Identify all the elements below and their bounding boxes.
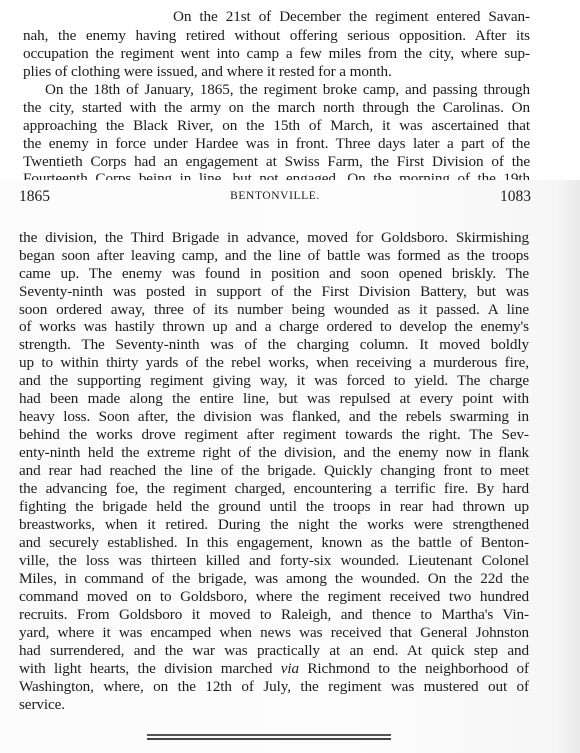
text-line: the enemy in force under Hardee was in f… <box>23 135 530 153</box>
text-line: ville, the loss was thirteen killed and … <box>19 552 529 570</box>
text-line: of works was hastily thrown up and a cha… <box>19 318 529 336</box>
text-line: enty-ninth held the extreme right of the… <box>19 444 529 462</box>
text-line: Miles, in command of the brigade, was am… <box>19 570 529 588</box>
text-line: Twentieth Corps had an engagement at Swi… <box>23 153 530 171</box>
text-line: recruits. From Goldsboro it moved to Ral… <box>19 606 529 624</box>
text-line: nah, the enemy having retired without of… <box>23 27 530 45</box>
text-segment: Richmond to the neighborhood of <box>299 660 529 677</box>
text-line: Seventy-ninth was posted in support of t… <box>19 283 529 301</box>
text-line: began soon after leaving camp, and the l… <box>19 247 529 265</box>
text-line: and securely established. In this engage… <box>19 534 529 552</box>
text-line: service. <box>19 696 529 714</box>
text-line: came up. The enemy was found in position… <box>19 265 529 283</box>
text-line: and the supporting regiment giving way, … <box>19 372 529 390</box>
page-number: 1083 <box>500 188 531 206</box>
text-line: heavy loss. Soon after, the division was… <box>19 408 529 426</box>
text-line: and rear had reached the line of the bri… <box>19 462 529 480</box>
text-segment: with light hearts, the division marched <box>19 660 281 677</box>
text-line: up to within thirty yards of the rebel w… <box>19 354 529 372</box>
text-line: the advancing foe, the regiment charged,… <box>19 480 529 498</box>
text-line: behind the works drove regiment after re… <box>19 426 529 444</box>
text-line-with-italic: with light hearts, the division marched … <box>19 660 529 678</box>
text-line: had surrendered, and the war was practic… <box>19 642 529 660</box>
italic-text: via <box>281 660 299 677</box>
running-head-title: BENTONVILLE. <box>19 190 531 202</box>
text-line: strength. The Seventy-ninth was of the c… <box>19 336 529 354</box>
text-line: On the 21st of December the regiment ent… <box>23 8 530 26</box>
text-line: Washington, where, on the 12th of July, … <box>19 678 529 696</box>
text-line: soon ordered away, three of its number b… <box>19 301 529 319</box>
rule-line-upper <box>147 734 391 736</box>
page-fragment-top: On the 21st of December the regiment ent… <box>0 0 580 180</box>
text-line: had been made along the entire line, but… <box>19 390 529 408</box>
rule-line-lower <box>147 738 391 740</box>
text-line: approaching the Black River, on the 15th… <box>23 117 530 135</box>
text-line: breastworks, when it retired. During the… <box>19 516 529 534</box>
text-line: plies of clothing were issued, and where… <box>23 63 530 81</box>
text-line: command moved on to Goldsboro, where the… <box>19 588 529 606</box>
text-line: the city, started with the army on the m… <box>23 99 530 117</box>
text-line: the division, the Third Brigade in advan… <box>19 229 529 247</box>
text-line: yard, where it was encamped when news wa… <box>19 624 529 642</box>
end-double-rule <box>147 734 391 740</box>
page-fragment-bottom: 1865 BENTONVILLE. 1083 the division, the… <box>0 180 580 753</box>
text-line: occupation the regiment went into camp a… <box>23 45 530 63</box>
running-head: 1865 BENTONVILLE. 1083 <box>19 188 531 208</box>
text-line: On the 18th of January, 1865, the regime… <box>23 81 530 99</box>
text-line: fighting the brigade held the ground unt… <box>19 498 529 516</box>
